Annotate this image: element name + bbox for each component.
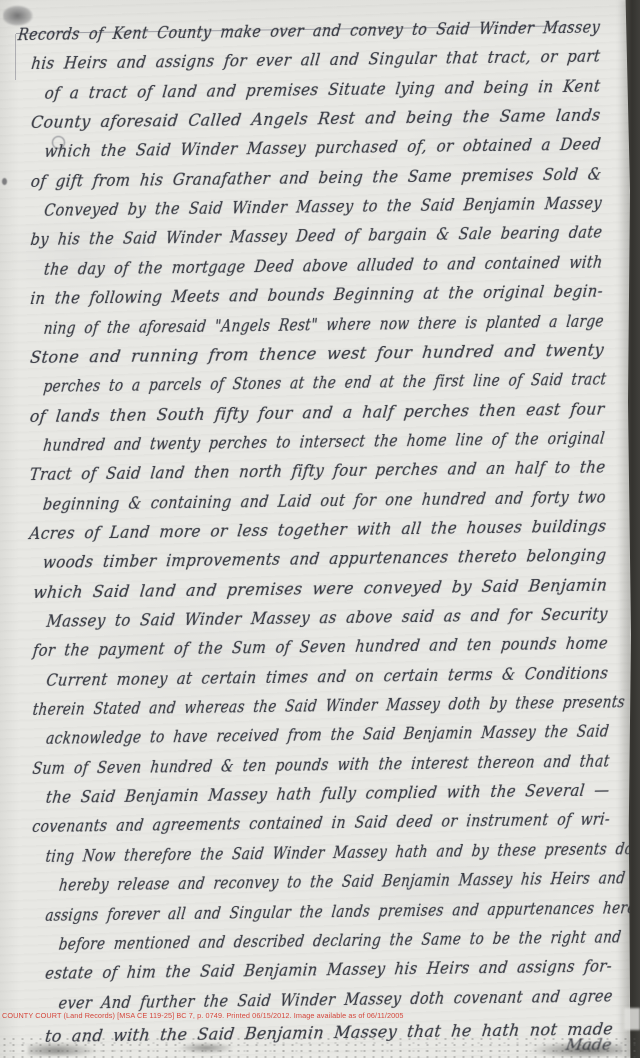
handwritten-text: of lands then South fifty four and a hal… (29, 399, 606, 427)
handwritten-line: ning of the aforesaid "Angels Rest" wher… (44, 309, 640, 344)
handwritten-line: therein Stated and whereas the Said Wind… (33, 691, 640, 727)
handwritten-line: which the Said Winder Massey purchased o… (44, 134, 640, 168)
handwritten-text: hundred and twenty perches to intersect … (42, 429, 606, 456)
archive-watermark: COUNTY COURT (Land Records) [MSA CE 119-… (2, 1011, 458, 1020)
handwritten-line: which Said land and premises were convey… (33, 575, 640, 609)
handwritten-text: Conveyed by the Said Winder Massey to th… (43, 194, 603, 221)
handwritten-text: by his the Said Winder Massey Deed of ba… (30, 223, 604, 251)
handwritten-line: of lands then South fifty four and a hal… (30, 399, 640, 433)
handwritten-line: of a tract of land and premises Situate … (45, 75, 640, 109)
handwritten-text: Sum of Seven hundred & ten pounds with t… (31, 751, 610, 779)
handwritten-text: ever And further the Said Winder Massey … (58, 986, 614, 1013)
handwritten-line: Stone and running from thence west four … (30, 340, 636, 374)
handwritten-text: Massey to Said Winder Massey as above sa… (46, 605, 609, 632)
handwritten-text: before mentioned and described declaring… (58, 927, 623, 954)
handwritten-line: in the following Meets and bounds Beginn… (30, 281, 640, 316)
handwritten-line: the Said Benjamin Massey hath fully comp… (46, 780, 640, 814)
handwritten-text: hereby release and reconvey to the Said … (58, 869, 626, 896)
handwritten-text: his Heirs and assigns for ever all and S… (30, 47, 601, 74)
handwritten-text: perches to a parcels of Stones at the en… (42, 370, 607, 397)
handwritten-line: before mentioned and described declaring… (59, 925, 640, 960)
handwritten-text: covenants and agreements contained in Sa… (31, 810, 611, 838)
handwritten-text: ting Now therefore the Said Winder Masse… (45, 839, 640, 867)
document-scan-page: Records of Kent County make over and con… (0, 0, 640, 1058)
handwritten-line: Records of Kent County make over and con… (18, 16, 640, 51)
scan-noise-patch (178, 1042, 234, 1054)
handwritten-text: Tract of Said land then north fifty four… (29, 458, 607, 486)
handwritten-line: hundred and twenty perches to intersect … (43, 427, 640, 462)
handwritten-text: for the payment of the Sum of Seven hund… (32, 634, 609, 662)
handwritten-text: Records of Kent County make over and con… (17, 18, 601, 46)
handwritten-line: ting Now therefore the Said Winder Masse… (46, 837, 640, 873)
handwritten-text: acknowledge to have received from the Sa… (45, 722, 610, 749)
handwritten-text: in the following Meets and bounds Beginn… (29, 282, 604, 310)
handwritten-line: estate of him the Said Benjamin Massey h… (45, 956, 640, 991)
handwritten-text: Stone and running from thence west four … (29, 340, 605, 368)
handwritten-line: woods timber improvements and appurtenan… (43, 545, 640, 579)
handwritten-line: acknowledge to have received from the Sa… (46, 720, 640, 755)
handwritten-line: hereby release and reconvey to the Said … (59, 867, 640, 902)
handwritten-line: assigns forever all and Singular the lan… (45, 896, 640, 932)
handwritten-line: Sum of Seven hundred & ten pounds with t… (32, 750, 640, 785)
handwritten-text: Acres of Land more or less together with… (28, 517, 607, 545)
handwritten-text: beginning & containing and Laid out for … (42, 487, 607, 514)
handwritten-line: County aforesaid Called Angels Rest and … (31, 105, 640, 139)
handwritten-text: estate of him the Said Benjamin Massey h… (44, 957, 613, 984)
page-edge-gap (624, 1008, 640, 1030)
handwritten-text: Current money at certain times and on ce… (45, 663, 609, 690)
handwritten-text: the day of the mortgage Deed above allud… (43, 252, 604, 279)
handwritten-line: his Heirs and assigns for ever all and S… (31, 46, 640, 80)
handwritten-text: woods timber improvements and appurtenan… (42, 546, 608, 573)
handwritten-line: for the payment of the Sum of Seven hund… (33, 633, 640, 668)
handwritten-text: ning of the aforesaid "Angels Rest" wher… (43, 311, 605, 338)
handwritten-line: Conveyed by the Said Winder Massey to th… (44, 192, 640, 227)
handwritten-line: the day of the mortgage Deed above allud… (44, 251, 640, 286)
handwritten-text: of gift from his Granafather and being t… (30, 164, 603, 192)
handwritten-text: therein Stated and whereas the Said Wind… (32, 692, 626, 720)
handwritten-text: County aforesaid Called Angels Rest and … (30, 106, 602, 133)
handwritten-line: Current money at certain times and on ce… (46, 662, 640, 697)
handwritten-line: beginning & containing and Laid out for … (43, 486, 640, 521)
cutoff-word-fragment: Made (565, 1035, 613, 1054)
handwritten-line: Tract of Said land then north fifty four… (30, 457, 640, 492)
handwritten-line: perches to a parcels of Stones at the en… (43, 368, 640, 403)
scan-noise-patch (28, 1042, 98, 1056)
handwritten-line: Acres of Land more or less together with… (29, 516, 640, 550)
handwriting-layer: Records of Kent County make over and con… (0, 0, 640, 1058)
handwritten-text: which the Said Winder Massey purchased o… (43, 135, 602, 162)
handwritten-line: by his the Said Winder Massey Deed of ba… (30, 222, 640, 257)
handwritten-line: of gift from his Granafather and being t… (31, 163, 640, 197)
handwritten-line: Massey to Said Winder Massey as above sa… (46, 604, 640, 638)
handwritten-text: assigns forever all and Singular the lan… (44, 898, 640, 926)
handwritten-text: of a tract of land and premises Situate … (44, 76, 602, 103)
handwritten-text: the Said Benjamin Massey hath fully comp… (45, 781, 611, 808)
handwritten-line: covenants and agreements contained in Sa… (32, 808, 640, 843)
handwritten-text: which Said land and premises were convey… (32, 575, 608, 603)
